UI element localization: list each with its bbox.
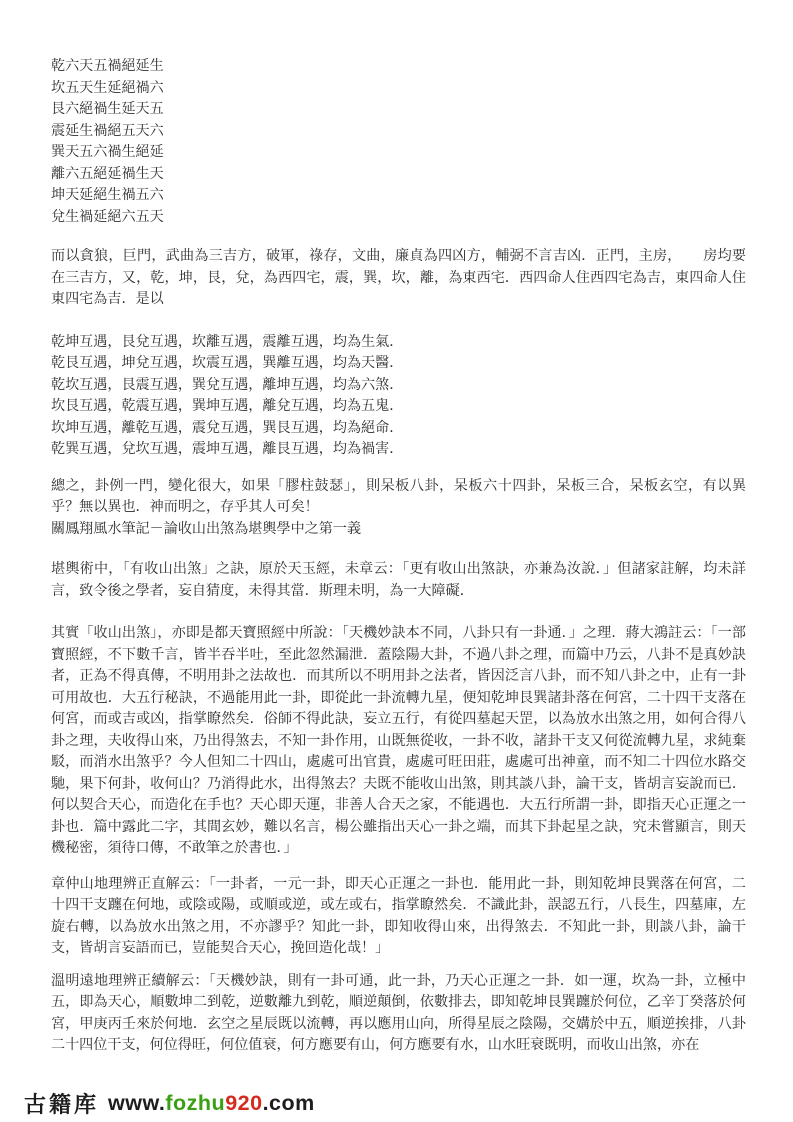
paragraph-wen-mingyuan-commentary: 溫明遠地理辨正續解云：「天機妙訣，則有一卦可通，此一卦，乃天心正運之一卦．如一運… xyxy=(51,971,746,1057)
list-line: 坎坤互遇，離乾互遇，震兌互遇，巽艮互遇，均為絕命． xyxy=(51,418,746,440)
url-tld: .com xyxy=(263,1091,315,1115)
paragraph-zhang-zhongshan-commentary: 章仲山地理辨正直解云：「一卦者，一元一卦，即天心正運之一卦也．能用此一卦，則知乾… xyxy=(51,874,746,960)
url-number: 920 xyxy=(225,1091,262,1115)
watermark-url: www.fozhu920.com xyxy=(108,1091,315,1116)
mutual-encounter-list: 乾坤互遇，艮兌互遇，坎離互遇，震離互遇，均為生氣． 乾艮互遇，坤兌互遇，坎震互遇… xyxy=(51,332,746,461)
list-line: 坎五天生延絕禍六 xyxy=(51,78,746,100)
watermark-logo: 古籍库 www.fozhu920.com xyxy=(24,1086,315,1120)
paragraph-kanyu-intro: 堪輿術中，「有收山出煞」之訣，原於天玉經，未章云：「更有收山出煞訣，亦兼為汝說．… xyxy=(51,559,746,602)
paragraph-three-auspicious-directions: 而以貪狼，巨門，武曲為三吉方，破軍，祿存，文曲，廉貞為四凶方，輔弼不言吉凶．正門… xyxy=(51,246,746,311)
url-site-name: fozhu xyxy=(165,1091,225,1115)
summary-section: 總之，卦例一門，變化很大，如果「膠柱鼓瑟」，則呆板八卦，呆板六十四卦，呆板三合，… xyxy=(51,476,746,541)
url-www: www. xyxy=(108,1091,165,1115)
list-line: 乾巽互遇，兌坎互遇，震坤互遇，離艮互遇，均為禍害． xyxy=(51,439,746,461)
list-line: 艮六絕禍生延天五 xyxy=(51,99,746,121)
list-line: 離六五絕延禍生天 xyxy=(51,164,746,186)
list-line: 兌生禍延絕六五天 xyxy=(51,207,746,229)
bagua-sequence-list: 乾六天五禍絕延生 坎五天生延絕禍六 艮六絕禍生延天五 震延生禍絕五天六 巽天五六… xyxy=(51,56,746,228)
list-line: 坎艮互遇，乾震互遇，巽坤互遇，離兌互遇，均為五鬼． xyxy=(51,396,746,418)
list-line: 乾艮互遇，坤兌互遇，坎震互遇，巽離互遇，均為天醫． xyxy=(51,353,746,375)
list-line: 巽天五六禍生絕延 xyxy=(51,142,746,164)
list-line: 震延生禍絕五天六 xyxy=(51,121,746,143)
paragraph-summary: 總之，卦例一門，變化很大，如果「膠柱鼓瑟」，則呆板八卦，呆板六十四卦，呆板三合，… xyxy=(51,476,746,519)
paragraph-jiang-dahong-commentary: 其實「收山出煞」，亦即是都天寶照經中所說：「天機妙訣本不同，八卦只有一卦通．」之… xyxy=(51,623,746,860)
watermark-brand: 古籍库 xyxy=(24,1088,99,1119)
list-line: 乾坎互遇，艮震互遇，巽兌互遇，離坤互遇，均為六煞． xyxy=(51,375,746,397)
list-line: 乾六天五禍絕延生 xyxy=(51,56,746,78)
section-title: 關鳳翔風水筆記－論收山出煞為堪輿學中之第一義 xyxy=(51,519,746,541)
list-line: 乾坤互遇，艮兌互遇，坎離互遇，震離互遇，均為生氣． xyxy=(51,332,746,354)
list-line: 坤天延絕生禍五六 xyxy=(51,185,746,207)
document-page: 乾六天五禍絕延生 坎五天生延絕禍六 艮六絕禍生延天五 震延生禍絕五天六 巽天五六… xyxy=(51,56,746,1057)
